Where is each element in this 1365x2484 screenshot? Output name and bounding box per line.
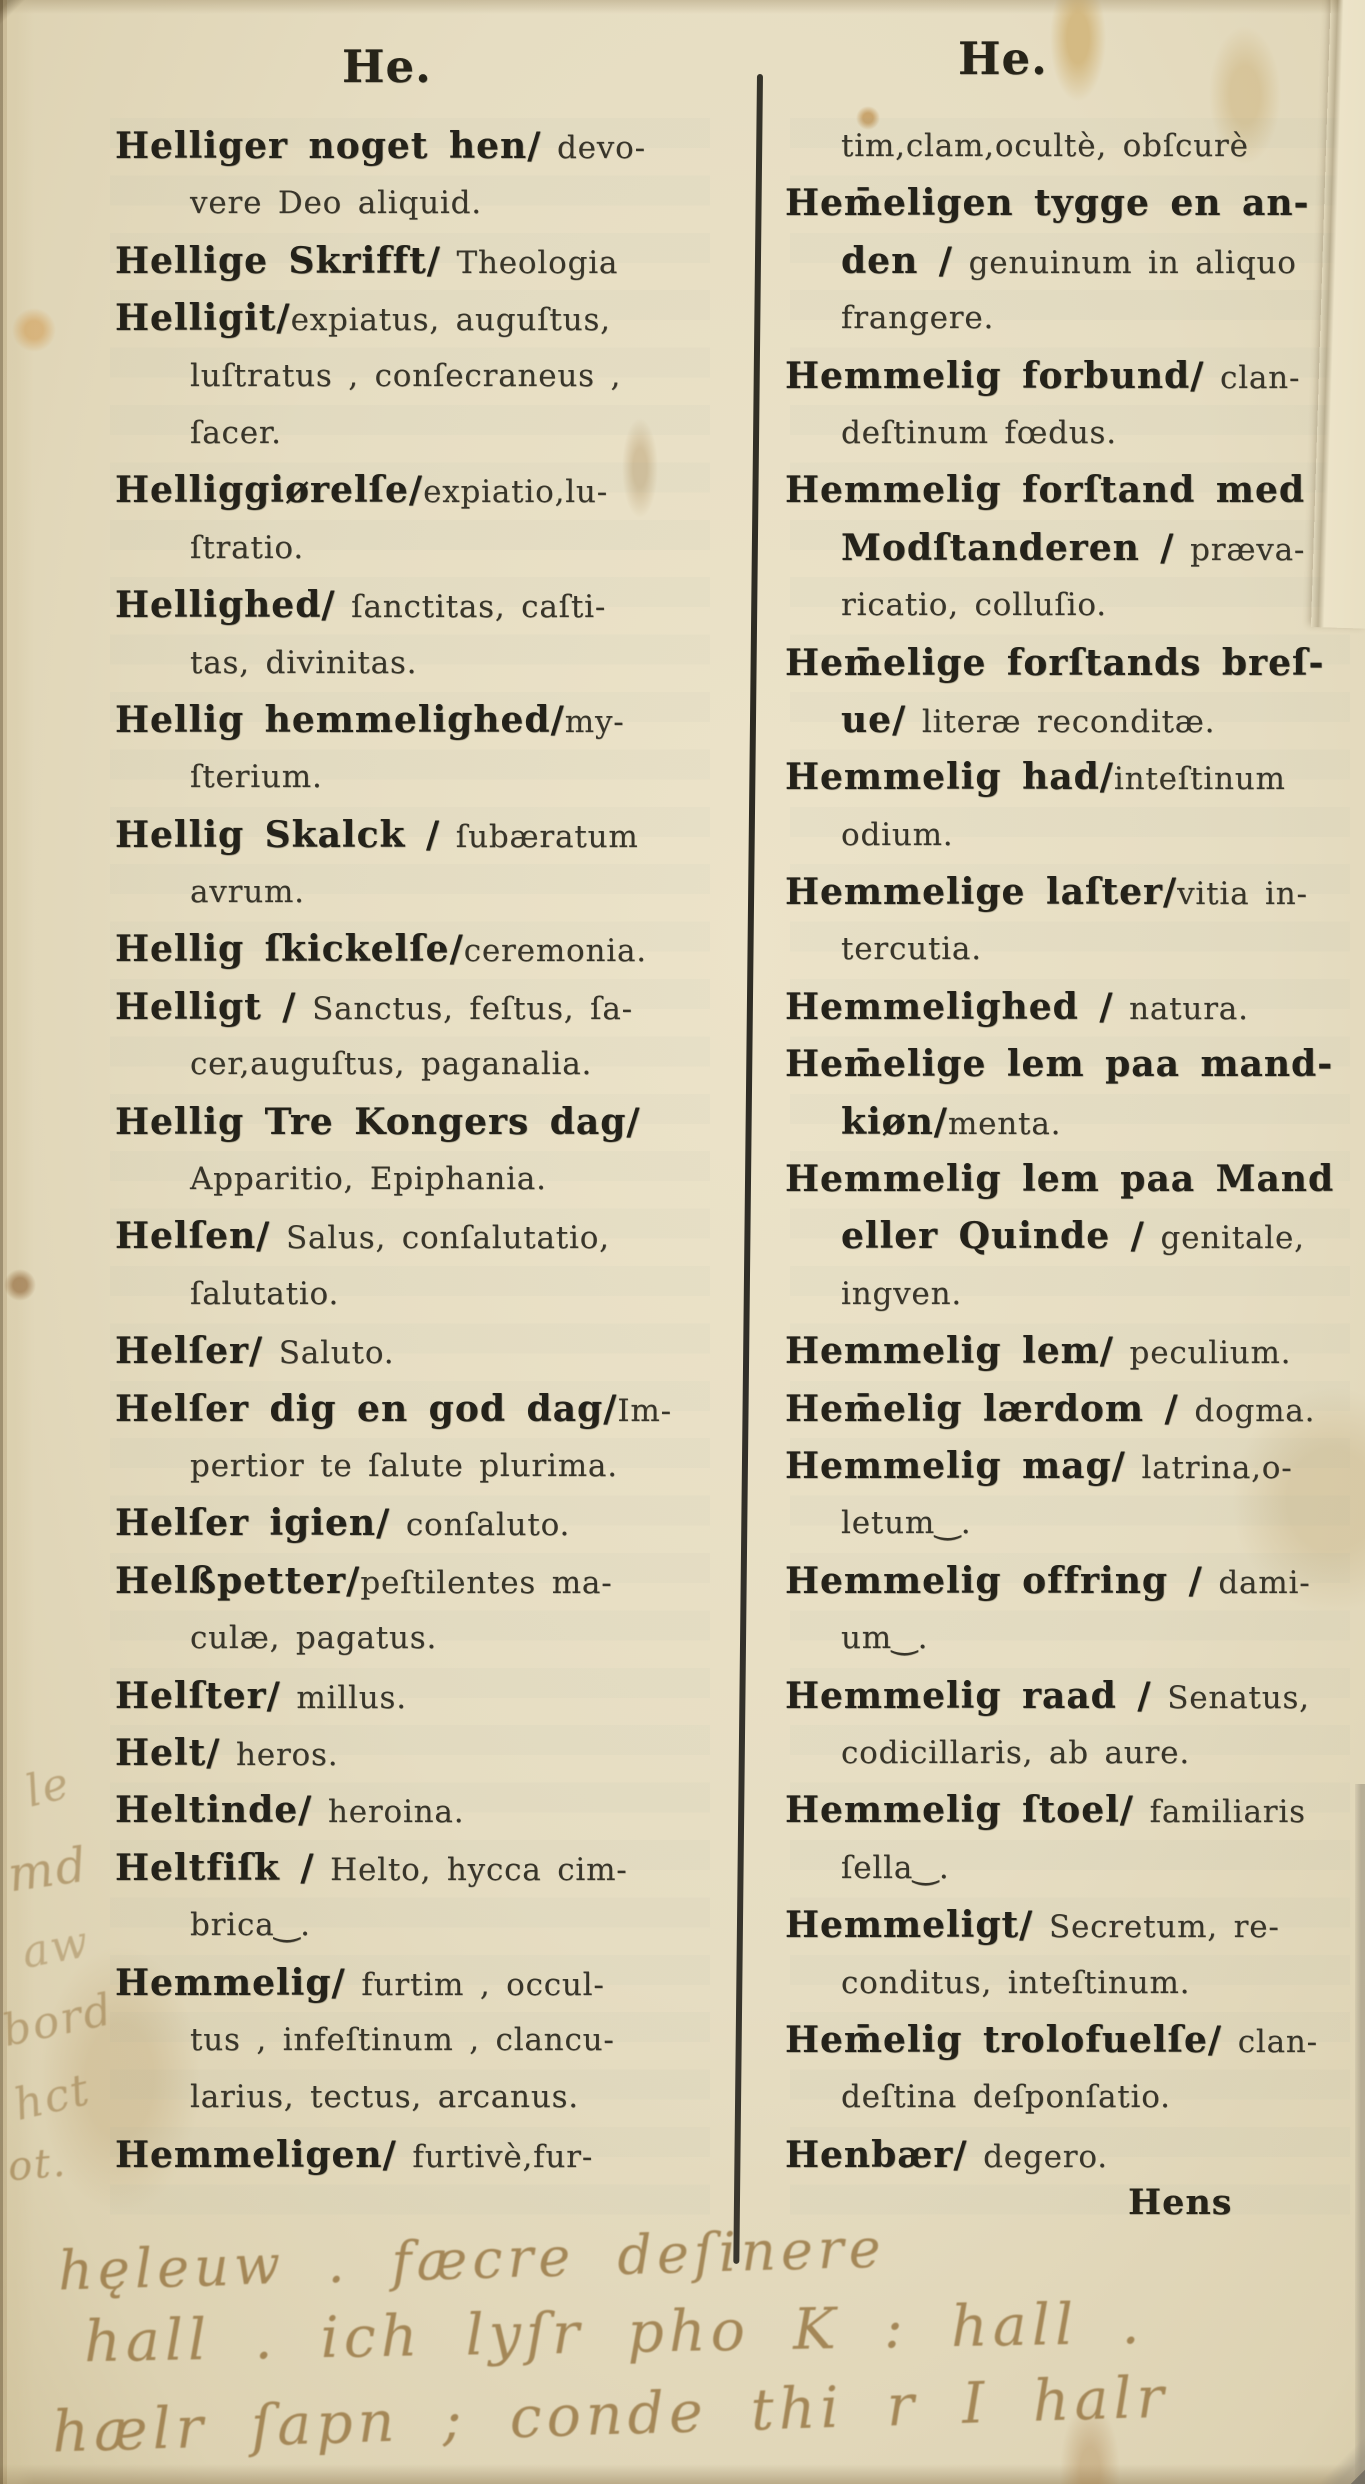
dictionary-line: den / genuinum in aliquo — [775, 233, 1365, 290]
dictionary-line: Hemmelig raad / Senatus, — [775, 1668, 1365, 1725]
dictionary-line: tus , infeſtinum , clancu- — [95, 2012, 751, 2069]
latin-text: millus. — [281, 1680, 407, 1716]
latin-text: peſtilentes ma- — [360, 1565, 612, 1601]
dictionary-line: Hellig Skalck / ſubæratum — [95, 807, 751, 864]
dictionary-line: Hem̄elige lem paa mand- — [775, 1036, 1365, 1093]
dictionary-line: tas, divinitas. — [95, 635, 751, 692]
latin-text: conditus, inteſtinum. — [841, 1965, 1190, 2001]
dictionary-line: culæ, pagatus. — [95, 1610, 751, 1667]
latin-text: clan- — [1222, 2024, 1318, 2060]
dictionary-line: ſella‿. — [775, 1840, 1365, 1897]
headword-text: eller Quinde / — [841, 1215, 1145, 1257]
latin-text: Sanctus, feſtus, ſa- — [296, 991, 633, 1027]
headword-text: Hemmelig forbund/ — [785, 355, 1204, 397]
dictionary-line: Hemmelig forſtand med — [775, 462, 1365, 519]
left-column-lines: Helliger noget hen/ devo-vere Deo aliqui… — [95, 118, 751, 2184]
dictionary-line: odium. — [775, 807, 1365, 864]
dictionary-line: Helt/ heros. — [95, 1725, 751, 1782]
latin-text: dami- — [1203, 1565, 1311, 1601]
dictionary-line: um‿. — [775, 1610, 1365, 1667]
dictionary-line: Helßpetter/peſtilentes ma- — [95, 1553, 751, 1610]
dictionary-line: tim,clam,ocultè, obſcurè — [775, 118, 1365, 175]
dictionary-line: letum‿. — [775, 1495, 1365, 1552]
dictionary-line: codicillaris, ab aure. — [775, 1725, 1365, 1782]
headword-text: Hellig ſkickelſe/ — [115, 928, 464, 970]
latin-text: vitia in- — [1177, 876, 1308, 912]
latin-text: menta. — [948, 1106, 1061, 1142]
headword-text: Hellig Skalck / — [115, 814, 440, 856]
dictionary-line: Hemmelig had/inteſtinum — [775, 749, 1365, 806]
latin-text: culæ, pagatus. — [190, 1620, 437, 1656]
handwritten-annotation: hælr ſapn ; conde thi r I halr — [51, 2364, 1170, 2465]
headword-text: Helſen/ — [115, 1215, 270, 1257]
right-running-head: He. — [958, 32, 1048, 85]
dictionary-line: Hem̄elige forſtands breſ- — [775, 635, 1365, 692]
latin-text: familiaris — [1134, 1794, 1306, 1830]
latin-text: heroina. — [312, 1794, 464, 1830]
latin-text: Saluto. — [263, 1335, 394, 1371]
headword-text: Heltinde/ — [115, 1789, 312, 1831]
dictionary-line: Hellig ſkickelſe/ceremonia. — [95, 921, 751, 978]
dictionary-line: pertior te ſalute plurima. — [95, 1438, 751, 1495]
dictionary-line: ſacer. — [95, 405, 751, 462]
dictionary-line: deſtina deſponſatio. — [775, 2069, 1365, 2126]
dictionary-line: frangere. — [775, 290, 1365, 347]
dictionary-line: Helligt / Sanctus, feſtus, ſa- — [95, 979, 751, 1036]
dictionary-line: Modſtanderen / præva- — [775, 520, 1365, 577]
latin-text: Apparitio, Epiphania. — [190, 1161, 547, 1197]
dictionary-line: Hellige Skrifft/ Theologia — [95, 233, 751, 290]
headword-text: Hem̄elig trolofuelſe/ — [785, 2019, 1222, 2061]
latin-text: natura. — [1113, 991, 1248, 1027]
dictionary-line: Hemmelig ſtoel/ familiaris — [775, 1782, 1365, 1839]
dictionary-line: Apparitio, Epiphania. — [95, 1151, 751, 1208]
dictionary-line: tercutia. — [775, 921, 1365, 978]
dictionary-line: ricatio, colluſio. — [775, 577, 1365, 634]
latin-text: heros. — [220, 1737, 338, 1773]
dictionary-line: Hemmeligt/ Secretum, re- — [775, 1897, 1365, 1954]
latin-text: letum‿. — [841, 1505, 971, 1541]
latin-text: devo- — [541, 130, 646, 166]
dictionary-line: avrum. — [95, 864, 751, 921]
headword-text: Modſtanderen / — [841, 527, 1174, 569]
headword-text: Hem̄eligen tygge en an- — [785, 182, 1309, 224]
latin-text: genuinum in aliquo — [953, 245, 1297, 281]
latin-text: ſanctitas, caſti- — [336, 589, 607, 625]
dictionary-line: Hellig hemmelighed/my- — [95, 692, 751, 749]
left-running-head: He. — [342, 40, 432, 93]
dictionary-line: ingven. — [775, 1266, 1365, 1323]
latin-text: conſaluto. — [390, 1507, 570, 1543]
latin-text: ceremonia. — [464, 933, 647, 969]
right-column-lines: tim,clam,ocultè, obſcurèHem̄eligen tygge… — [775, 118, 1365, 2184]
latin-text: præva- — [1174, 532, 1305, 568]
latin-text: ſalutatio. — [190, 1276, 339, 1312]
latin-text: tas, divinitas. — [190, 645, 417, 681]
dictionary-line: Hemmelig offring / dami- — [775, 1553, 1365, 1610]
dictionary-line: conditus, inteſtinum. — [775, 1955, 1365, 2012]
latin-text: ricatio, colluſio. — [841, 587, 1107, 623]
headword-text: Helligt / — [115, 986, 296, 1028]
latin-text: latrina,o- — [1126, 1450, 1293, 1486]
dictionary-line: Hemmelig mag/ latrina,o- — [775, 1438, 1365, 1495]
dictionary-line: eller Quinde / genitale, — [775, 1208, 1365, 1265]
headword-text: Hemmelig/ — [115, 1962, 346, 2004]
latin-text: Im- — [617, 1393, 672, 1429]
dictionary-line: Hemmelighed / natura. — [775, 979, 1365, 1036]
dictionary-line: vere Deo aliquid. — [95, 175, 751, 232]
headword-text: Hemmelig ſtoel/ — [785, 1789, 1134, 1831]
latin-text: vere Deo aliquid. — [190, 185, 482, 221]
dictionary-line: Helſen/ Salus, conſalutatio, — [95, 1208, 751, 1265]
headword-text: Hemmeligt/ — [785, 1904, 1033, 1946]
headword-text: Hemmelig forſtand med — [785, 469, 1305, 511]
page: He. He. Helliger noget hen/ devo-vere De… — [0, 0, 1365, 2484]
latin-text: Helto, hycca cim- — [315, 1852, 628, 1888]
dictionary-line: Helliggiørelſe/expiatio,lu- — [95, 462, 751, 519]
headword-text: Hellig hemmelighed/ — [115, 699, 565, 741]
dictionary-line: Hemmelig lem paa Mand — [775, 1151, 1365, 1208]
dictionary-line: larius, tectus, arcanus. — [95, 2069, 751, 2126]
headword-text: Hemmelig mag/ — [785, 1445, 1126, 1487]
latin-text: genitale, — [1145, 1220, 1305, 1256]
latin-text: degero. — [967, 2139, 1107, 2175]
latin-text: odium. — [841, 817, 953, 853]
headword-text: Helliggiørelſe/ — [115, 469, 423, 511]
dictionary-line: Hemmelig/ furtim , occul- — [95, 1955, 751, 2012]
headword-text: Helligit/ — [115, 297, 291, 339]
latin-text: Theologia — [441, 245, 618, 281]
headword-text: Helſer/ — [115, 1330, 263, 1372]
latin-text: ſella‿. — [841, 1850, 950, 1886]
dictionary-line: Hellig Tre Kongers dag/ — [95, 1094, 751, 1151]
latin-text: codicillaris, ab aure. — [841, 1735, 1190, 1771]
margin-note: md — [4, 1837, 91, 1904]
latin-text: ſterium. — [190, 759, 323, 795]
headword-text: Helliger noget hen/ — [115, 125, 541, 167]
headword-text: Hemmelige laſter/ — [785, 871, 1177, 913]
dictionary-line: Helſer dig en god dag/Im- — [95, 1381, 751, 1438]
latin-text: deſtinum fœdus. — [841, 415, 1117, 451]
dictionary-line: Hemmelige laſter/vitia in- — [775, 864, 1365, 921]
latin-text: my- — [565, 704, 625, 740]
headword-text: Helſer dig en god dag/ — [115, 1388, 617, 1430]
latin-text: expiatio,lu- — [423, 474, 608, 510]
latin-text: peculium. — [1114, 1335, 1291, 1371]
headword-text: Hem̄elig lærdom / — [785, 1388, 1179, 1430]
dictionary-line: Helſer/ Saluto. — [95, 1323, 751, 1380]
dictionary-line: Hem̄elig lærdom / dogma. — [775, 1381, 1365, 1438]
latin-text: pertior te ſalute plurima. — [190, 1448, 618, 1484]
dictionary-line: ſterium. — [95, 749, 751, 806]
margin-note: ot. — [6, 2140, 69, 2191]
latin-text: tercutia. — [841, 931, 982, 967]
latin-text: tim,clam,ocultè, obſcurè — [841, 128, 1249, 164]
dictionary-line: Hem̄elig trolofuelſe/ clan- — [775, 2012, 1365, 2069]
latin-text: ſtratio. — [190, 530, 304, 566]
headword-text: Hemmelig lem/ — [785, 1330, 1114, 1372]
latin-text: literæ reconditæ. — [906, 704, 1215, 740]
dictionary-line: kiøn/menta. — [775, 1094, 1365, 1151]
headword-text: Hemmelighed / — [785, 986, 1113, 1028]
headword-text: Hellig Tre Kongers dag/ — [115, 1101, 641, 1143]
headword-text: Helßpetter/ — [115, 1560, 360, 1602]
headword-text: Helt/ — [115, 1732, 220, 1774]
latin-text: avrum. — [190, 874, 305, 910]
latin-text: cer,auguſtus, paganalia. — [190, 1046, 592, 1082]
latin-text: expiatus, auguſtus, — [291, 302, 611, 338]
dictionary-line: Hemmelig forbund/ clan- — [775, 348, 1365, 405]
headword-text: Helſer igien/ — [115, 1502, 390, 1544]
handwritten-annotation: hall . ich lyſr pho K : hall . — [84, 2291, 1145, 2375]
latin-text: um‿. — [841, 1620, 928, 1656]
dictionary-line: Helſter/ millus. — [95, 1668, 751, 1725]
latin-text: furtim , occul- — [346, 1967, 605, 2003]
headword-text: Hemmelig raad / — [785, 1675, 1152, 1717]
latin-text: Salus, conſalutatio, — [270, 1220, 610, 1256]
catchword: Hens — [1128, 2182, 1233, 2223]
latin-text: tus , infeſtinum , clancu- — [190, 2022, 615, 2058]
latin-text: larius, tectus, arcanus. — [190, 2079, 579, 2115]
latin-text: ingven. — [841, 1276, 962, 1312]
dictionary-line: ue/ literæ reconditæ. — [775, 692, 1365, 749]
latin-text: deſtina deſponſatio. — [841, 2079, 1171, 2115]
headword-text: Hem̄elige forſtands breſ- — [785, 642, 1324, 684]
headword-text: Henbær/ — [785, 2134, 967, 2176]
latin-text: Secretum, re- — [1033, 1909, 1279, 1945]
latin-text: luſtratus , conſecraneus , — [190, 358, 621, 394]
latin-text: dogma. — [1179, 1393, 1316, 1429]
headword-text: ue/ — [841, 699, 906, 741]
headword-text: Hemmelig lem paa Mand — [785, 1158, 1334, 1200]
dictionary-line: Heltfiſk / Helto, hycca cim- — [95, 1840, 751, 1897]
left-column: Helliger noget hen/ devo-vere Deo aliqui… — [95, 118, 751, 2184]
headword-text: kiøn/ — [841, 1101, 948, 1143]
dictionary-line: Hemmeligen/ furtivè,fur- — [95, 2127, 751, 2184]
headword-text: Hellighed/ — [115, 584, 336, 626]
headword-text: Heltfiſk / — [115, 1847, 315, 1889]
dictionary-line: Henbær/ degero. — [775, 2127, 1365, 2184]
latin-text: ſubæratum — [440, 819, 638, 855]
latin-text: Senatus, — [1152, 1680, 1310, 1716]
headword-text: Hemmeligen/ — [115, 2134, 397, 2176]
dictionary-line: cer,auguſtus, paganalia. — [95, 1036, 751, 1093]
latin-text: brica‿. — [190, 1907, 311, 1943]
headword-text: den / — [841, 240, 953, 282]
headword-text: Hemmelig offring / — [785, 1560, 1203, 1602]
dictionary-line: Helligit/expiatus, auguſtus, — [95, 290, 751, 347]
dictionary-line: luſtratus , conſecraneus , — [95, 348, 751, 405]
handwritten-annotation: hęleuw . fæcre deſinere — [57, 2216, 886, 2302]
latin-text: furtivè,fur- — [397, 2139, 593, 2175]
latin-text: frangere. — [841, 300, 994, 336]
dictionary-line: Helliger noget hen/ devo- — [95, 118, 751, 175]
dictionary-line: Hemmelig lem/ peculium. — [775, 1323, 1365, 1380]
headword-text: Hemmelig had/ — [785, 756, 1114, 798]
headword-text: Hellige Skrifft/ — [115, 240, 441, 282]
dictionary-line: Heltinde/ heroina. — [95, 1782, 751, 1839]
margin-note: aw — [18, 1916, 94, 1979]
dictionary-line: ſalutatio. — [95, 1266, 751, 1323]
right-column: tim,clam,ocultè, obſcurèHem̄eligen tygge… — [775, 118, 1365, 2184]
dictionary-line: Hellighed/ ſanctitas, caſti- — [95, 577, 751, 634]
dictionary-line: brica‿. — [95, 1897, 751, 1954]
latin-text: inteſtinum — [1114, 761, 1286, 797]
margin-note: hct — [9, 2064, 95, 2131]
latin-text: ſacer. — [190, 415, 282, 451]
dictionary-line: deſtinum fœdus. — [775, 405, 1365, 462]
headword-text: Hem̄elige lem paa mand- — [785, 1043, 1333, 1085]
headword-text: Helſter/ — [115, 1675, 281, 1717]
dictionary-line: Helſer igien/ conſaluto. — [95, 1495, 751, 1552]
margin-note: le — [20, 1757, 75, 1817]
dictionary-line: ſtratio. — [95, 520, 751, 577]
latin-text: clan- — [1204, 360, 1300, 396]
dictionary-line: Hem̄eligen tygge en an- — [775, 175, 1365, 232]
